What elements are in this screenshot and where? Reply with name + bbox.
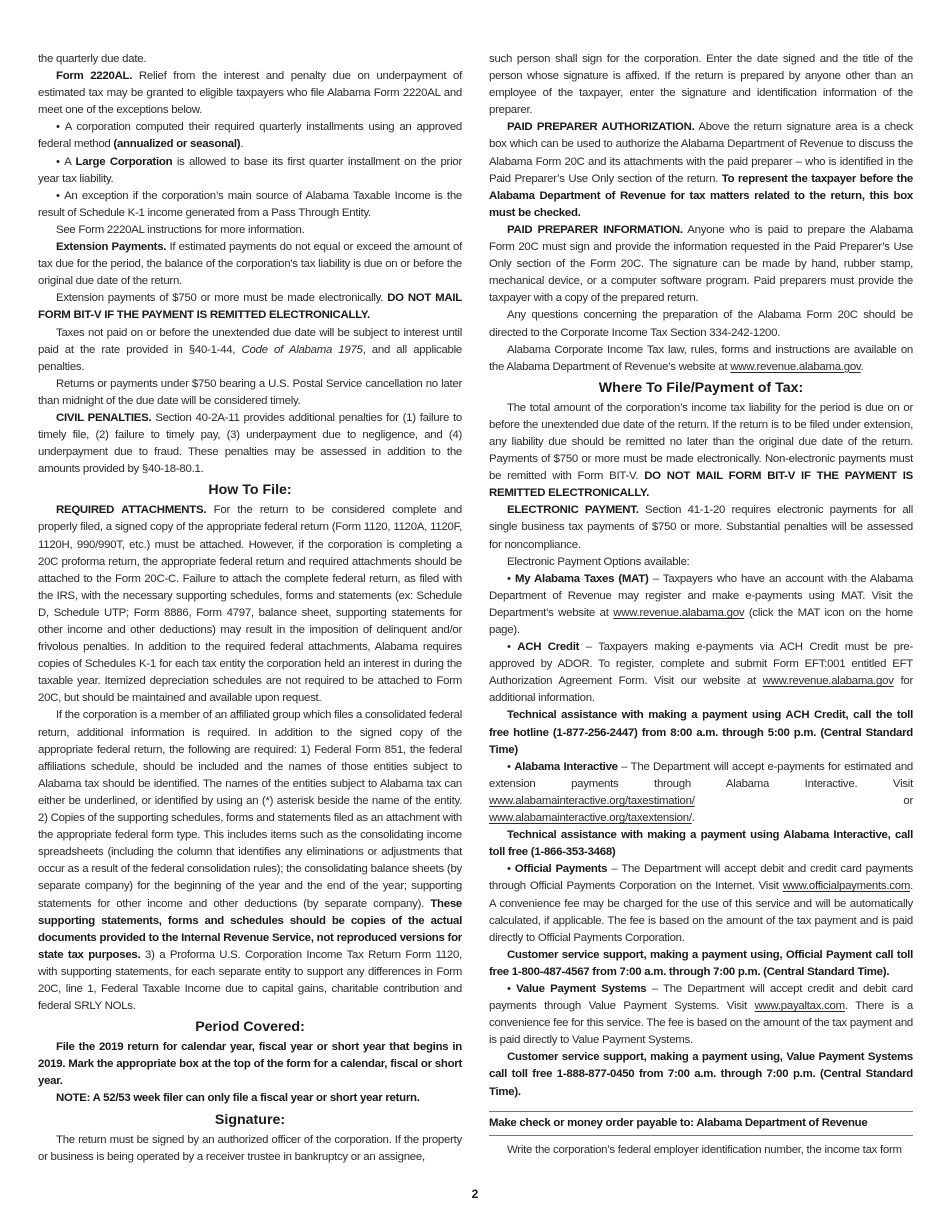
right-column: such person shall sign for the corporati…	[489, 51, 913, 1159]
electronic-payment-paragraph: ELECTRONIC PAYMENT. Section 41-1-20 requ…	[489, 502, 913, 553]
write-fein-paragraph: Write the corporation’s federal employer…	[489, 1142, 913, 1159]
how-to-file-heading: How To File:	[38, 480, 462, 501]
taxestimation-link[interactable]: www.alabamainteractive.org/taxestimation…	[489, 795, 695, 807]
options-intro: Electronic Payment Options available:	[489, 554, 913, 571]
law-paragraph: Alabama Corporate Income Tax law, rules,…	[489, 342, 913, 376]
affiliated-group-paragraph: If the corporation is a member of an aff…	[38, 707, 462, 1015]
payaltax-link[interactable]: www.payaltax.com	[755, 1000, 845, 1012]
questions-paragraph: Any questions concerning the preparation…	[489, 307, 913, 341]
signature-continued: such person shall sign for the corporati…	[489, 51, 913, 119]
extension-payments-paragraph: Extension Payments. If estimated payment…	[38, 239, 462, 290]
mat-option: My Alabama Taxes (MAT) – Taxpayers who h…	[489, 571, 913, 639]
exception-bullet-1: A corporation computed their required qu…	[38, 119, 462, 153]
ach-option: ACH Credit – Taxpayers making e-payments…	[489, 639, 913, 707]
ach-support: Technical assistance with making a payme…	[489, 707, 913, 758]
returns-under-paragraph: Returns or payments under $750 bearing a…	[38, 376, 462, 410]
taxes-not-paid-paragraph: Taxes not paid on or before the unextend…	[38, 325, 462, 376]
signature-paragraph: The return must be signed by an authoriz…	[38, 1132, 462, 1166]
value-payment-systems-option: Value Payment Systems – The Department w…	[489, 981, 913, 1049]
where-to-file-heading: Where To File/Payment of Tax:	[489, 378, 913, 399]
period-covered-heading: Period Covered:	[38, 1017, 462, 1038]
left-column: the quarterly due date. Form 2220AL. Rel…	[38, 51, 462, 1166]
intro-tail: the quarterly due date.	[38, 51, 462, 68]
paid-preparer-information-paragraph: PAID PREPARER INFORMATION. Anyone who is…	[489, 222, 913, 307]
taxextension-link[interactable]: www.alabamainteractive.org/taxextension/	[489, 812, 692, 824]
revenue-website-link[interactable]: www.revenue.alabama.gov	[730, 361, 860, 373]
exception-bullet-3: An exception if the corporation’s main s…	[38, 188, 462, 222]
signature-heading: Signature:	[38, 1110, 462, 1131]
form-2220al-label: Form 2220AL.	[56, 70, 132, 82]
official-payments-option: Official Payments – The Department will …	[489, 861, 913, 946]
alabama-interactive-support: Technical assistance with making a payme…	[489, 827, 913, 861]
form-2220al-paragraph: Form 2220AL. Relief from the interest an…	[38, 68, 462, 119]
exception-bullet-2: A Large Corporation is allowed to base i…	[38, 154, 462, 188]
required-attachments-paragraph: REQUIRED ATTACHMENTS. For the return to …	[38, 502, 462, 707]
extension-electronic-paragraph: Extension payments of $750 or more must …	[38, 290, 462, 324]
alabama-interactive-option: Alabama Interactive – The Department wil…	[489, 759, 913, 827]
payable-to-box: Make check or money order payable to: Al…	[489, 1111, 913, 1136]
where-to-file-paragraph: The total amount of the corporation’s in…	[489, 400, 913, 503]
period-covered-note: NOTE: A 52/53 week filer can only file a…	[38, 1090, 462, 1107]
civil-penalties-paragraph: CIVIL PENALTIES. Section 40-2A-11 provid…	[38, 410, 462, 478]
ach-website-link[interactable]: www.revenue.alabama.gov	[763, 675, 894, 687]
period-covered-text: File the 2019 return for calendar year, …	[38, 1039, 462, 1090]
officialpayments-link[interactable]: www.officialpayments.com	[783, 880, 910, 892]
see-form-note: See Form 2220AL instructions for more in…	[38, 222, 462, 239]
paid-preparer-authorization-paragraph: PAID PREPARER AUTHORIZATION. Above the r…	[489, 119, 913, 222]
official-payments-support: Customer service support, making a payme…	[489, 947, 913, 981]
page-number: 2	[0, 1187, 950, 1201]
mat-website-link[interactable]: www.revenue.alabama.gov	[613, 607, 744, 619]
value-payment-systems-support: Customer service support, making a payme…	[489, 1049, 913, 1100]
